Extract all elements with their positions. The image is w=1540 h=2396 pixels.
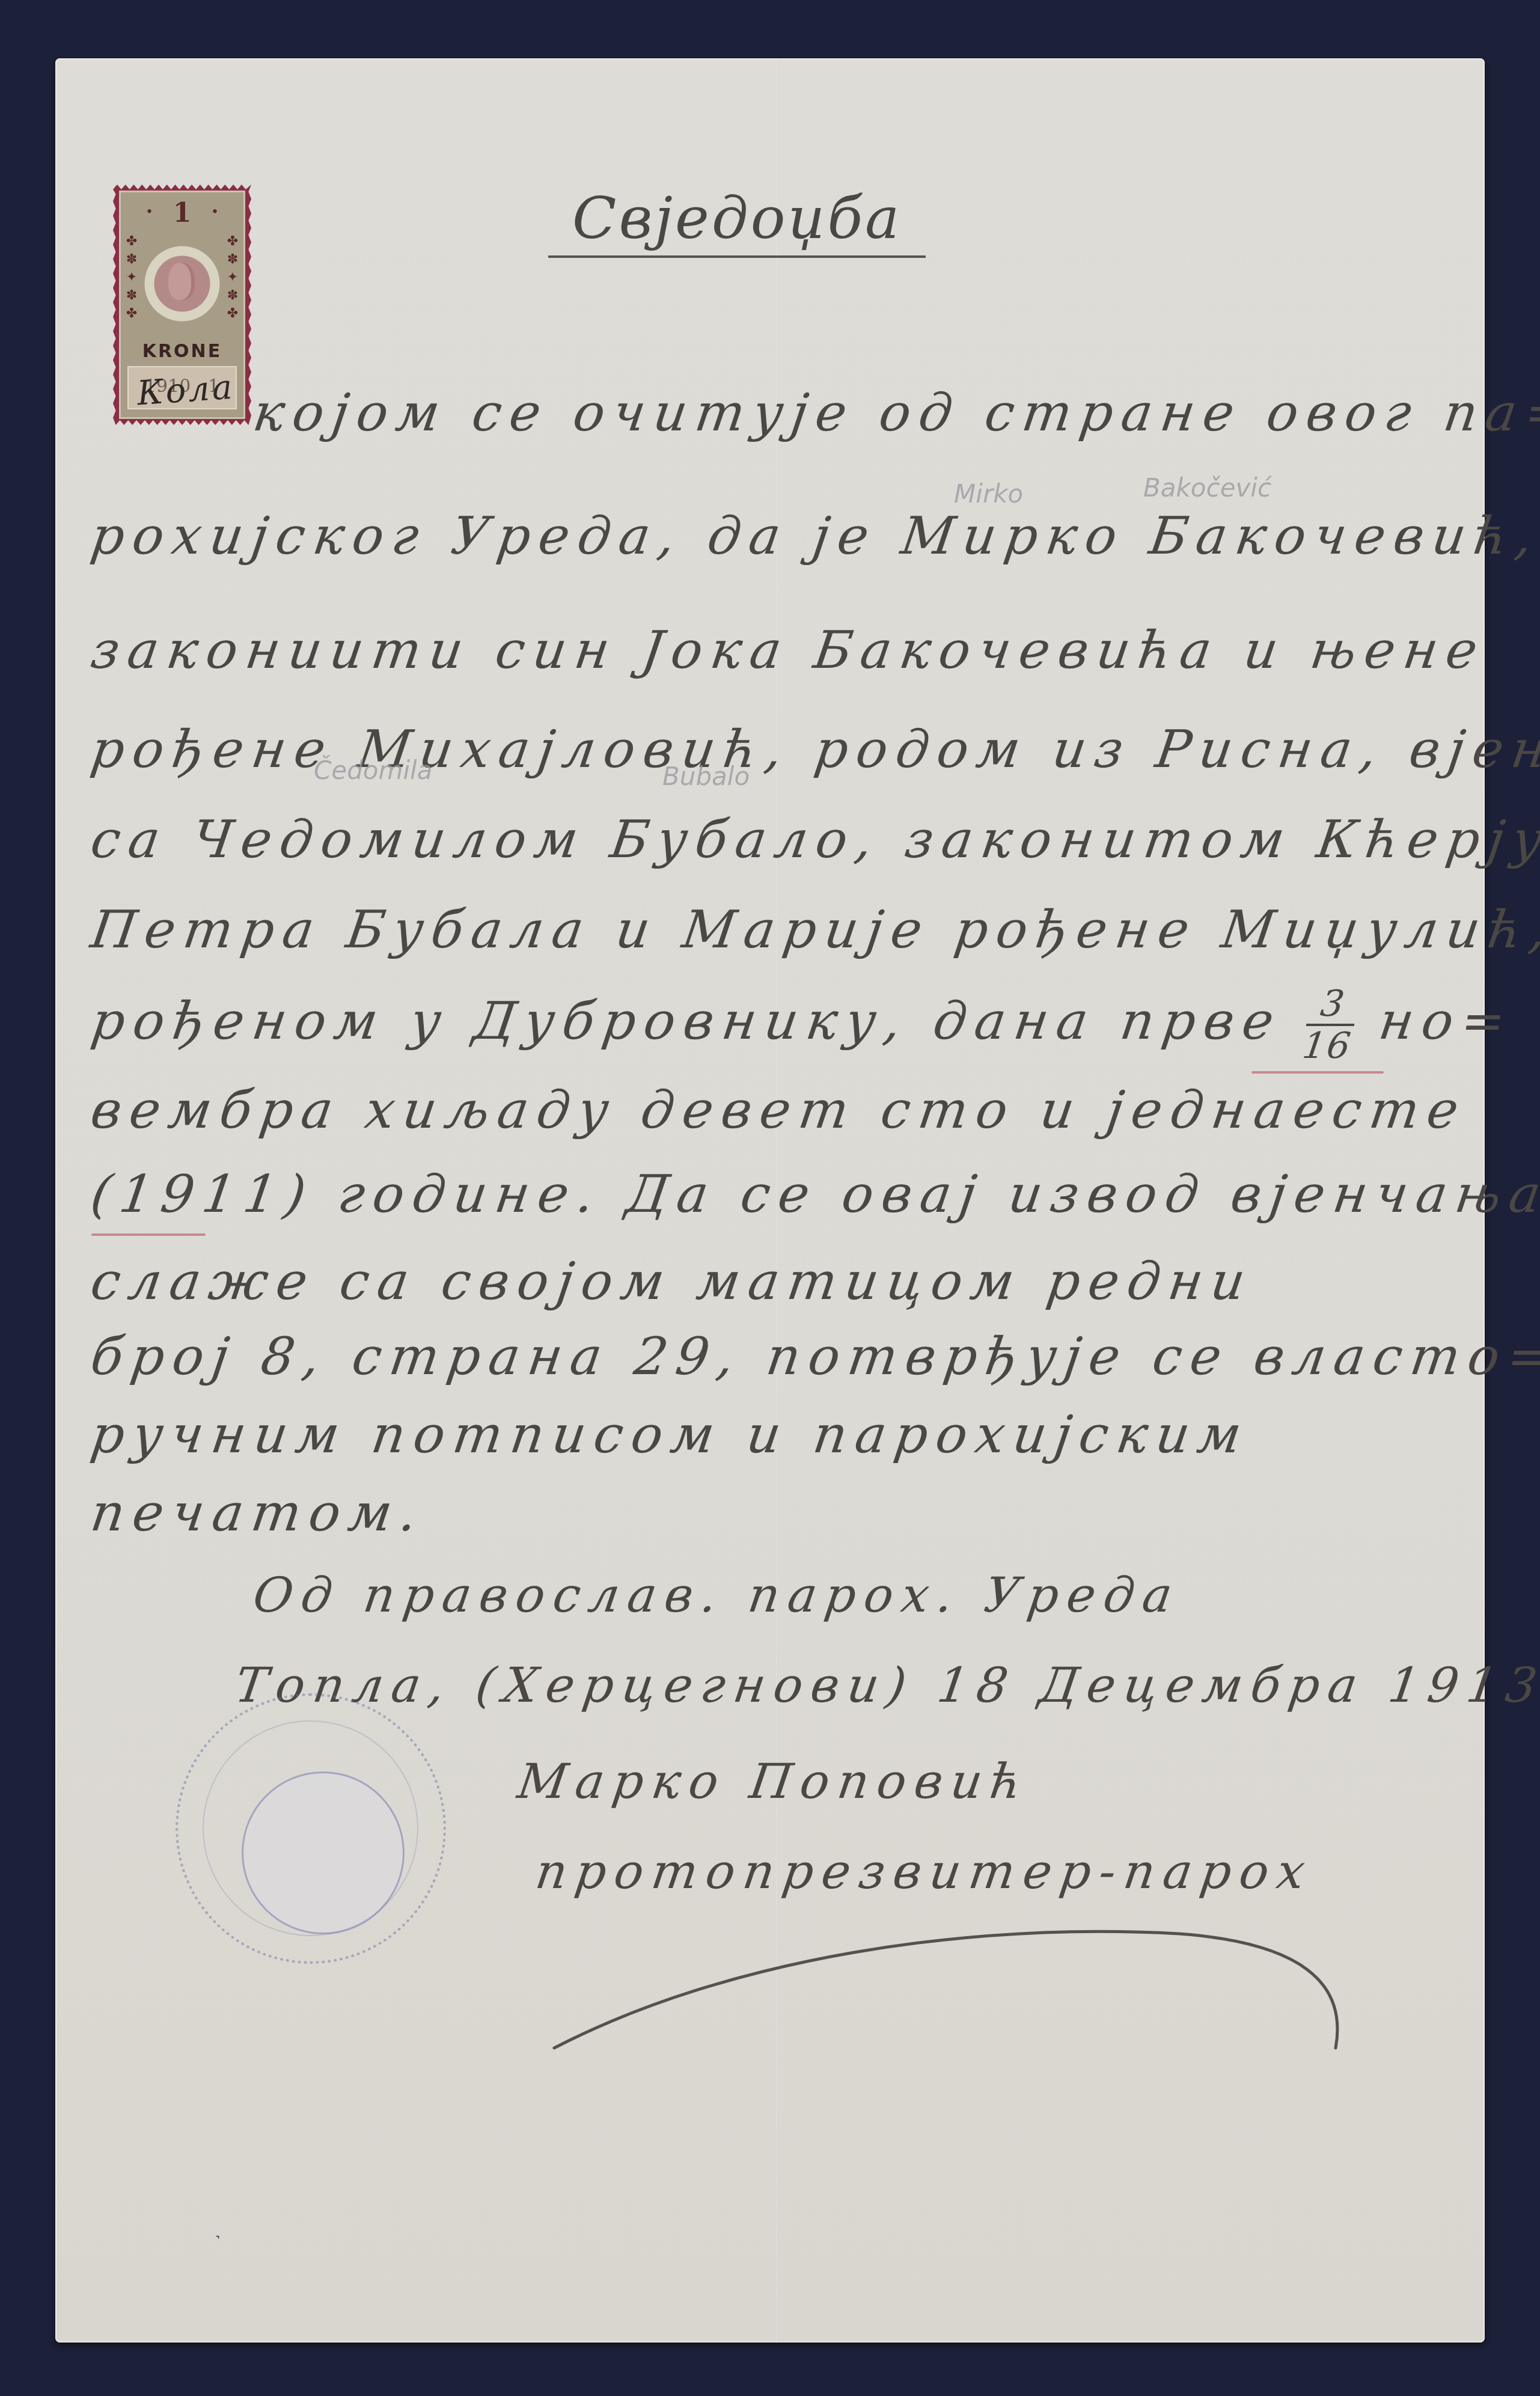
signature-title: протопрезвитер-парох [532, 1844, 1316, 1899]
closing-place-date: Топла, (Херцегнови) 18 Децембра 1913 [231, 1657, 1540, 1713]
body-line-5: са Чедомилом Бубало, законитом Кћерју [87, 810, 1540, 870]
portrait-head-icon [168, 263, 195, 300]
pencil-annotation-mirko: Mirko [954, 479, 1023, 509]
document-page: •• 1 ✤✽✦✽✤ ✤✽✦✽✤ KRONE 1910 · 1 Кола Свј… [55, 58, 1485, 2343]
body-line-12: ручним потписом и парохијским [87, 1405, 1253, 1465]
body-line-8: вембра хиљаду девет сто и једнаесте [87, 1080, 1471, 1140]
body-line-1: којом се очитује од стране овог па= [249, 383, 1540, 443]
revenue-stamp: •• 1 ✤✽✦✽✤ ✤✽✦✽✤ KRONE 1910 · 1 Кола [113, 185, 251, 425]
stamp-cancellation: Кола [136, 367, 236, 413]
parish-seal-icon [176, 1693, 446, 1964]
stamp-value: 1 [119, 198, 245, 228]
body-line-6: Петра Бубала и Марије рођене Миџулић, [87, 900, 1540, 960]
stamp-ornament-right-icon: ✤✽✦✽✤ [226, 233, 239, 341]
stamp-portrait-medallion [143, 245, 221, 323]
pencil-annotation-cedomila: Čedomila [314, 756, 433, 785]
signature-name: Марко Поповић [514, 1753, 1033, 1809]
body-line-9: (1911) године. Да се овај извод вјенчања [87, 1164, 1540, 1224]
signature-flourish-icon [548, 1910, 1450, 2066]
document-title: Свједоџба [548, 185, 926, 258]
body-line-2: рохијског Уреда, да је Мирко Бакочевић, [87, 506, 1540, 566]
pencil-annotation-bakocevic: Bakočević [1143, 473, 1271, 503]
date-fraction: 316 [1300, 984, 1360, 1066]
pencil-annotation-bubalo: Bubalo [662, 762, 750, 791]
red-pencil-underline-date [1251, 1071, 1384, 1074]
stamp-currency: KRONE [119, 341, 245, 362]
stamp-ornament-left-icon: ✤✽✦✽✤ [125, 233, 138, 341]
stamp-field: •• 1 ✤✽✦✽✤ ✤✽✦✽✤ KRONE 1910 · 1 Кола [119, 191, 245, 419]
body-line-11: број 8, страна 29, потврђује се власто= [87, 1327, 1540, 1387]
red-pencil-underline-year [91, 1233, 206, 1236]
body-line-7: рођеном у Дубровнику, дана прве 316 но= [85, 984, 1518, 1066]
body-line-10: слаже са својом матицом редни [87, 1251, 1257, 1312]
body-line-3: закониити син Јока Бакочевића и њене [87, 620, 1490, 680]
seal-center [242, 1771, 405, 1934]
closing-office: Од православ. парох. Уреда [249, 1567, 1184, 1623]
ink-speck: ˺ [215, 2231, 221, 2252]
body-line-13: печатом. [87, 1483, 429, 1543]
body-line-4: рођене Михајловић, родом из Рисна, вјенч… [87, 720, 1540, 780]
